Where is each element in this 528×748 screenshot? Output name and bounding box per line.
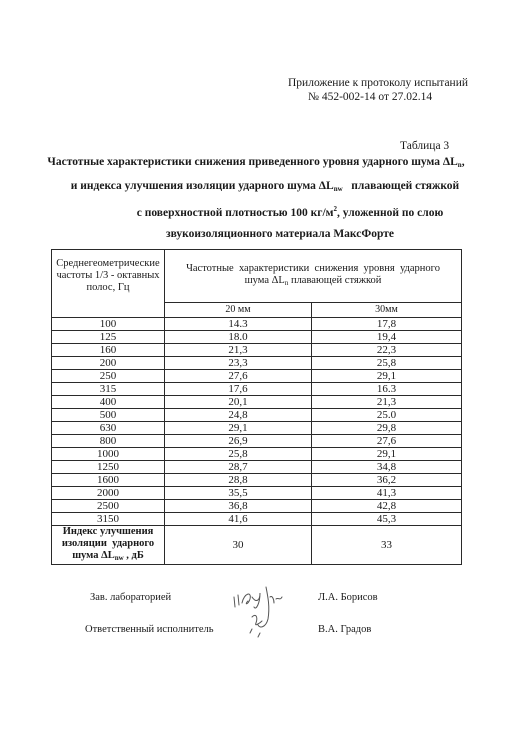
value-30mm-cell: 29,1: [312, 370, 462, 383]
caption-line-2: и индекса улучшения изоляции ударного шу…: [20, 176, 510, 200]
frequency-cell: 125: [52, 331, 165, 344]
table-row: 250036,842,8: [52, 500, 462, 513]
value-20mm-cell: 20,1: [165, 396, 312, 409]
frequency-cell: 250: [52, 370, 165, 383]
table-row: 20023,325,8: [52, 357, 462, 370]
table-row: 50024,825.0: [52, 409, 462, 422]
value-20mm-cell: 27,6: [165, 370, 312, 383]
value-20mm-cell: 24,8: [165, 409, 312, 422]
value-30mm-cell: 19,4: [312, 331, 462, 344]
handwritten-signature-icon: [230, 583, 310, 643]
frequency-cell: 100: [52, 318, 165, 331]
frequency-cell: 2500: [52, 500, 165, 513]
value-20mm-cell: 23,3: [165, 357, 312, 370]
index-row: Индекс улучшения изоляции ударного шума …: [52, 526, 462, 565]
index-value-20mm: 30: [165, 526, 312, 565]
signer-name-borisov: Л.А. Борисов: [318, 592, 378, 603]
caption-line-4: звукоизоляционного материала МаксФорте: [50, 224, 510, 245]
value-20mm-cell: 21,3: [165, 344, 312, 357]
table-row: 16021,322,3: [52, 344, 462, 357]
value-30mm-cell: 45,3: [312, 513, 462, 526]
table-row: 12518.019,4: [52, 331, 462, 344]
value-30mm-cell: 36,2: [312, 474, 462, 487]
value-30mm-cell: 42,8: [312, 500, 462, 513]
value-30mm-cell: 34,8: [312, 461, 462, 474]
table-row: 200035,541,3: [52, 487, 462, 500]
table-caption: Частотные характеристики снижения привед…: [40, 152, 510, 244]
table-row: 80026,927,6: [52, 435, 462, 448]
frequency-cell: 3150: [52, 513, 165, 526]
column-30mm: 30мм: [312, 303, 462, 318]
signer-role-head-of-lab: Зав. лабораторией: [90, 592, 171, 603]
table-row: 40020,121,3: [52, 396, 462, 409]
signer-role-responsible: Ответственный исполнитель: [85, 624, 214, 635]
table-row: 160028,836,2: [52, 474, 462, 487]
table-row: 125028,734,8: [52, 461, 462, 474]
table-row: 10014.317,8: [52, 318, 462, 331]
value-20mm-cell: 36,8: [165, 500, 312, 513]
value-20mm-cell: 26,9: [165, 435, 312, 448]
frequency-cell: 630: [52, 422, 165, 435]
value-20mm-cell: 28,8: [165, 474, 312, 487]
caption-line-3: с поверхностной плотностью 100 кг/м2, ул…: [70, 199, 510, 224]
frequency-cell: 400: [52, 396, 165, 409]
appendix-title: Приложение к протоколу испытаний: [288, 76, 468, 90]
table-row: 25027,629,1: [52, 370, 462, 383]
frequency-cell: 800: [52, 435, 165, 448]
value-30mm-cell: 21,3: [312, 396, 462, 409]
group-header: Частотные характеристики снижения уровня…: [165, 250, 462, 303]
table-header-row: Среднегеометрические частоты 1/3 - октав…: [52, 250, 462, 303]
frequency-cell: 200: [52, 357, 165, 370]
value-20mm-cell: 25,8: [165, 448, 312, 461]
value-20mm-cell: 18.0: [165, 331, 312, 344]
value-30mm-cell: 16.3: [312, 383, 462, 396]
index-label: Индекс улучшения изоляции ударного шума …: [52, 526, 165, 565]
value-30mm-cell: 41,3: [312, 487, 462, 500]
value-20mm-cell: 17,6: [165, 383, 312, 396]
frequency-cell: 1250: [52, 461, 165, 474]
value-30mm-cell: 25.0: [312, 409, 462, 422]
protocol-number: № 452-002-14 от 27.02.14: [288, 90, 468, 104]
value-20mm-cell: 35,5: [165, 487, 312, 500]
frequency-cell: 2000: [52, 487, 165, 500]
frequency-cell: 1000: [52, 448, 165, 461]
value-30mm-cell: 27,6: [312, 435, 462, 448]
frequency-cell: 500: [52, 409, 165, 422]
frequency-cell: 315: [52, 383, 165, 396]
frequency-cell: 160: [52, 344, 165, 357]
caption-line-1: Частотные характеристики снижения привед…: [2, 152, 510, 176]
signer-name-gradov: В.А. Градов: [318, 624, 371, 635]
value-20mm-cell: 29,1: [165, 422, 312, 435]
table-row: 63029,129,8: [52, 422, 462, 435]
value-30mm-cell: 29,1: [312, 448, 462, 461]
value-30mm-cell: 17,8: [312, 318, 462, 331]
table-row: 315041,645,3: [52, 513, 462, 526]
value-20mm-cell: 41,6: [165, 513, 312, 526]
index-value-30mm: 33: [312, 526, 462, 565]
table-row: 100025,829,1: [52, 448, 462, 461]
column-20mm: 20 мм: [165, 303, 312, 318]
value-30mm-cell: 22,3: [312, 344, 462, 357]
frequency-header: Среднегеометрические частоты 1/3 - октав…: [52, 250, 165, 318]
value-30mm-cell: 29,8: [312, 422, 462, 435]
table-row: 31517,616.3: [52, 383, 462, 396]
frequency-cell: 1600: [52, 474, 165, 487]
value-20mm-cell: 14.3: [165, 318, 312, 331]
value-20mm-cell: 28,7: [165, 461, 312, 474]
appendix-header: Приложение к протоколу испытаний № 452-0…: [288, 76, 468, 104]
value-30mm-cell: 25,8: [312, 357, 462, 370]
table-label: Таблица 3: [400, 140, 449, 152]
results-table: Среднегеометрические частоты 1/3 - октав…: [51, 249, 462, 565]
